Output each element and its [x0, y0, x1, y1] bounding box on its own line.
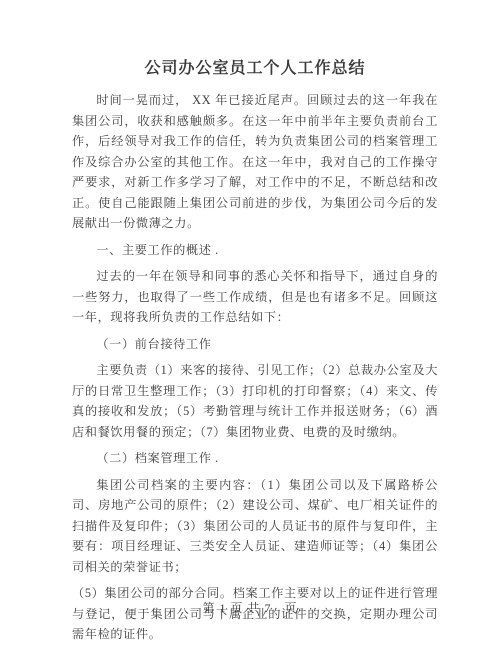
paragraph-front-desk-duties: 主要负责（1）来客的接待、引见工作；（2）总裁办公室及大厅的日常卫生整理工作；（… [72, 360, 438, 442]
document-title: 公司办公室员工个人工作总结 [72, 55, 438, 78]
paragraph-overview: 过去的一年在领导和同事的悉心关怀和指导下，通过自身的一些努力，也取得了一些工作成… [72, 266, 438, 328]
paragraph-intro: 时间一晃而过， XX 年已接近尾声。回顾过去的这一年我在集团公司，收获和感触颇多… [72, 90, 438, 234]
section-heading-main-work-overview: 一、主要工作的概述 . [72, 240, 438, 261]
page-number: 第 1 页 共 7 页 [0, 599, 500, 616]
section-heading-archive-management: （二）档案管理工作 . [72, 448, 438, 469]
document-body: 公司办公室员工个人工作总结 时间一晃而过， XX 年已接近尾声。回顾过去的这一年… [72, 55, 438, 647]
paragraph-archive-contents: 集团公司档案的主要内容：（1）集团公司以及下属路桥公司、房地产公司的原件；（2）… [72, 475, 438, 578]
section-heading-front-desk: （一）前台接待工作 [72, 334, 438, 355]
document-page: 公司办公室员工个人工作总结 时间一晃而过， XX 年已接近尾声。回顾过去的这一年… [0, 0, 500, 647]
